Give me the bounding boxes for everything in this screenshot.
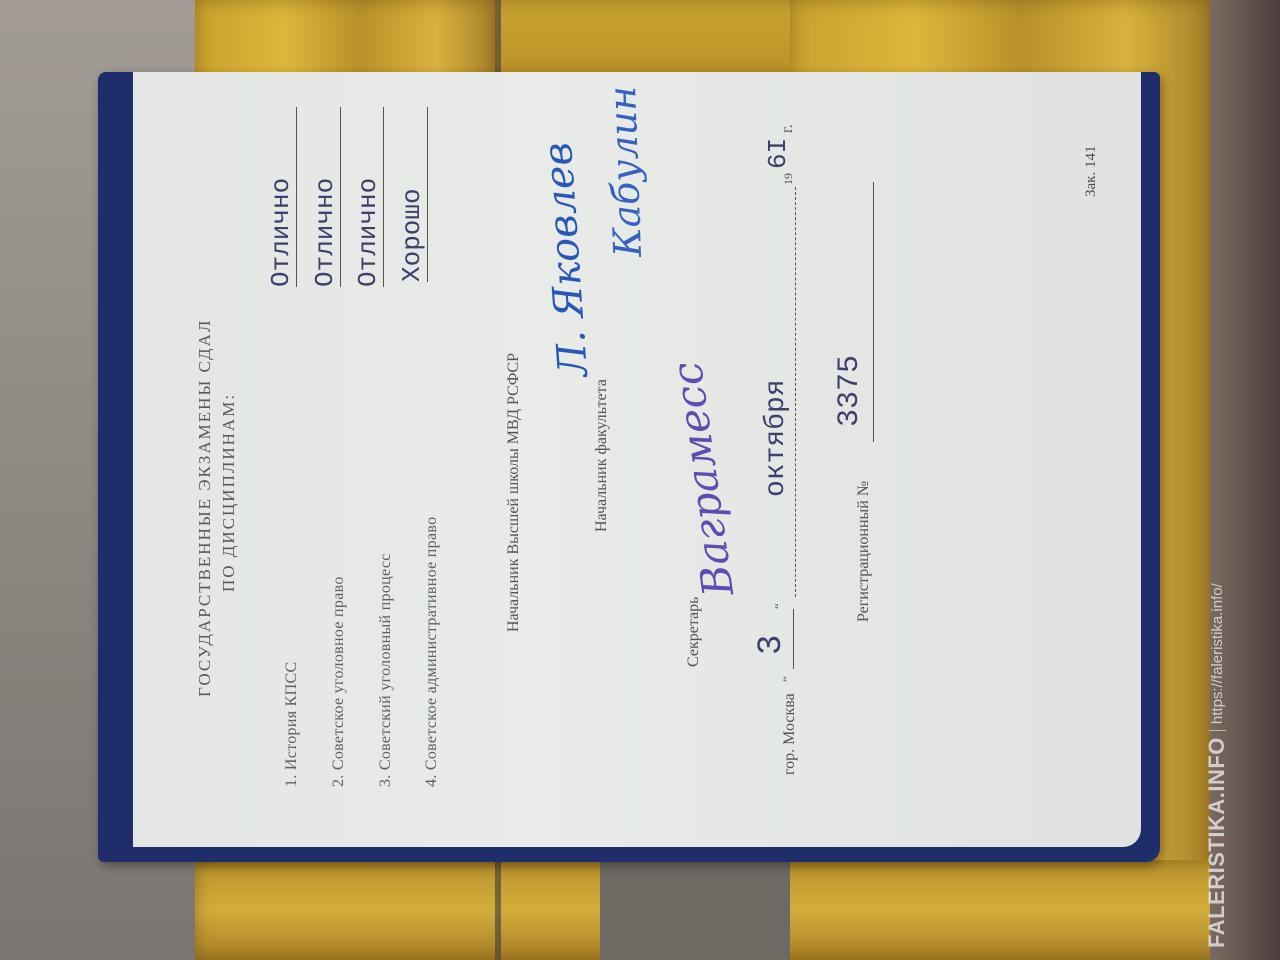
- year-prefix: 19: [781, 173, 796, 185]
- signature-secretary: Ваграмесс: [662, 359, 743, 599]
- grade-3: Отлично: [353, 107, 384, 287]
- grade-4: Хорошо: [397, 107, 428, 282]
- date-open-quote: „: [773, 676, 789, 682]
- registration-label: Регистрационный №: [855, 481, 873, 622]
- registration-underline: [873, 182, 874, 442]
- signature-faculty-head: Кабулин: [600, 85, 650, 257]
- heading-line-1: Государственные экзамены сдал: [195, 319, 215, 697]
- date-month: октября: [761, 379, 792, 497]
- year-suffix: 6I: [763, 138, 793, 169]
- date-close-quote: “: [771, 603, 787, 609]
- signature-school-head: Л. Яковлев: [535, 141, 597, 378]
- document-content: Государственные экзамены сдал по дисципл…: [133, 72, 1141, 847]
- watermark-brand: FALERISTIKA.INFO: [1204, 737, 1230, 948]
- year-unit: г.: [779, 124, 797, 133]
- registration-number: 3375: [833, 355, 867, 427]
- day-underline: [793, 609, 794, 669]
- watermark-url: https://faleristika.info/: [1209, 583, 1226, 731]
- watermark: FALERISTIKA.INFO https://faleristika.inf…: [1204, 583, 1230, 948]
- order-note: Зак. 141: [1083, 146, 1100, 197]
- heading-line-2: по дисциплинам:: [219, 393, 239, 592]
- faculty-head-label: Начальник факультета: [593, 379, 611, 532]
- place-label: гор. Москва: [781, 693, 799, 775]
- grade-2: Отлично: [310, 107, 341, 287]
- school-head-label: Начальник Высшей школы МВД РСФСР: [505, 353, 523, 632]
- subject-4: 4. Советское административное право: [423, 517, 441, 787]
- secretary-label: Секретарь: [685, 597, 703, 667]
- date-day: 3: [753, 635, 791, 655]
- month-underline: [795, 187, 796, 597]
- subject-1: 1. История КПСС: [283, 662, 301, 787]
- floor-gap: [600, 860, 790, 960]
- subject-2: 2. Советское уголовное право: [330, 576, 348, 787]
- subject-3: 3. Советский уголовный процесс: [377, 553, 395, 787]
- grade-1: Отлично: [266, 107, 297, 287]
